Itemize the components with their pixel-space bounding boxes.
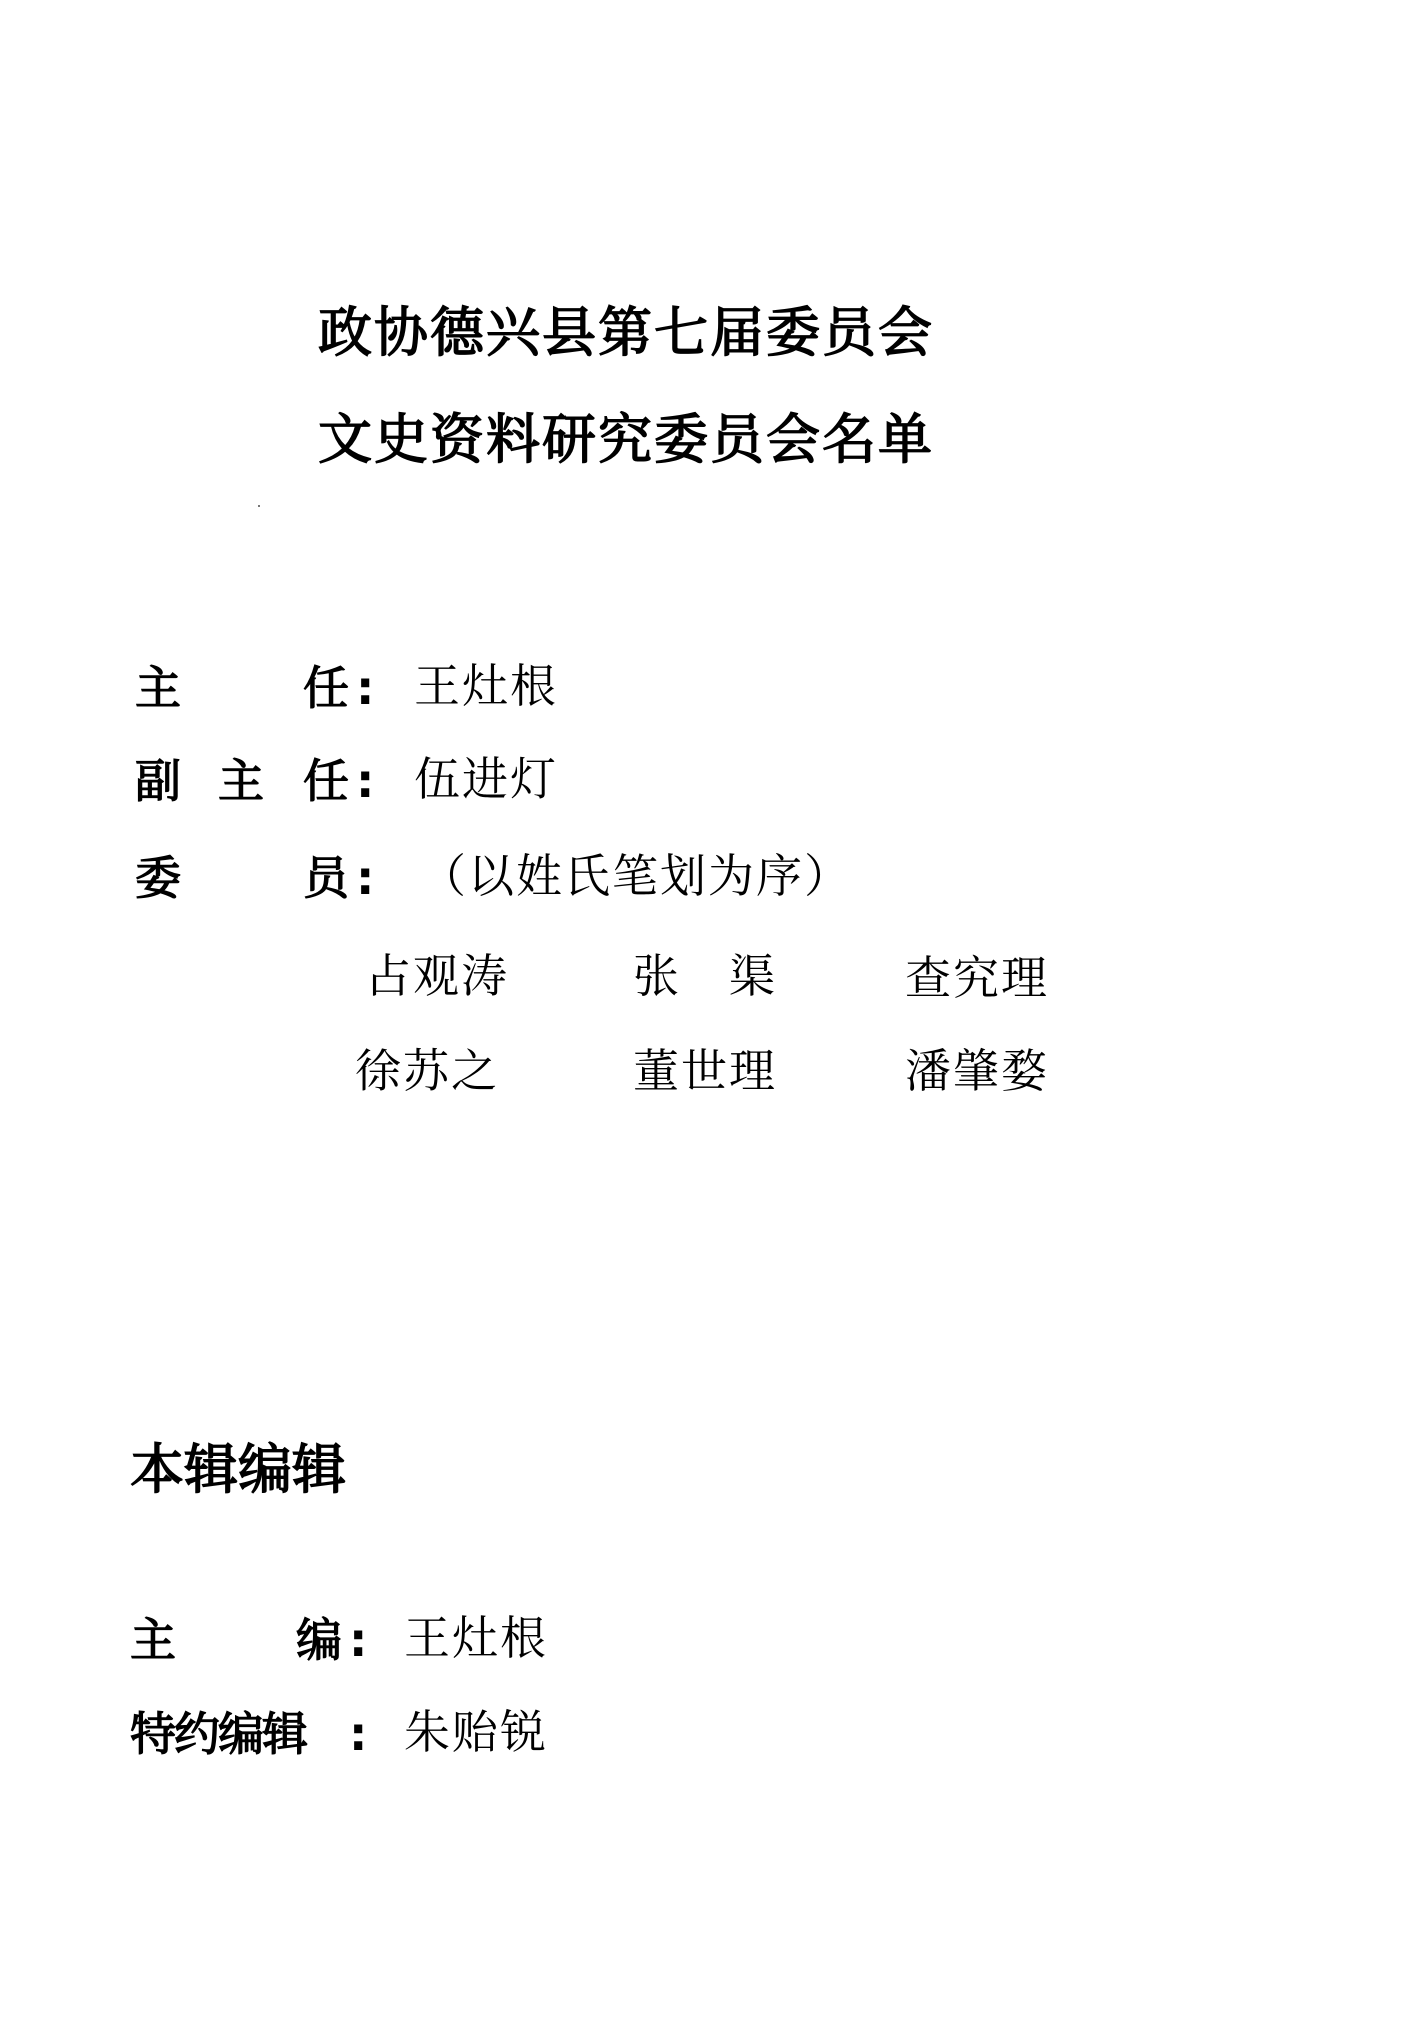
members-order-note: （以姓氏笔划为序） (420, 853, 852, 899)
title-line-1: 政协德兴县第七届委员会 (318, 306, 934, 360)
director-label-char-2: 任 (303, 665, 349, 711)
chief-editor-label-char-2: 编 (296, 1617, 342, 1663)
member-name: 董世理 (633, 1048, 777, 1094)
chief-editor-name: 王灶根 (404, 1615, 548, 1661)
special-editor-name: 朱贻锐 (404, 1709, 548, 1755)
deputy-label-char-2: 主 (218, 758, 264, 804)
chief-editor-colon: : (349, 1617, 367, 1663)
director-label-char-1: 主 (135, 665, 181, 711)
deputy-name: 伍进灯 (414, 756, 558, 802)
member-name: 张 渠 (633, 953, 777, 999)
special-editor-label: 特约编辑 (130, 1711, 306, 1757)
title-line-2: 文史资料研究委员会名单 (318, 413, 934, 467)
members-colon: : (356, 855, 374, 901)
deputy-colon: : (356, 758, 374, 804)
member-name: 占观涛 (365, 953, 509, 999)
member-name: 查究理 (905, 955, 1049, 1001)
director-colon: : (356, 665, 374, 711)
deputy-label-char-3: 任 (303, 758, 349, 804)
members-label-char-2: 员 (303, 855, 349, 901)
members-label-char-1: 委 (135, 855, 181, 901)
director-name: 王灶根 (414, 663, 558, 709)
deputy-label-char-1: 副 (135, 758, 181, 804)
member-name: 潘肇婺 (905, 1048, 1049, 1094)
chief-editor-label-char-1: 主 (130, 1617, 176, 1663)
special-editor-colon: : (349, 1711, 367, 1757)
editorial-heading: 本辑编辑 (130, 1443, 346, 1497)
scan-speck (258, 505, 260, 507)
member-name: 徐苏之 (355, 1048, 499, 1094)
